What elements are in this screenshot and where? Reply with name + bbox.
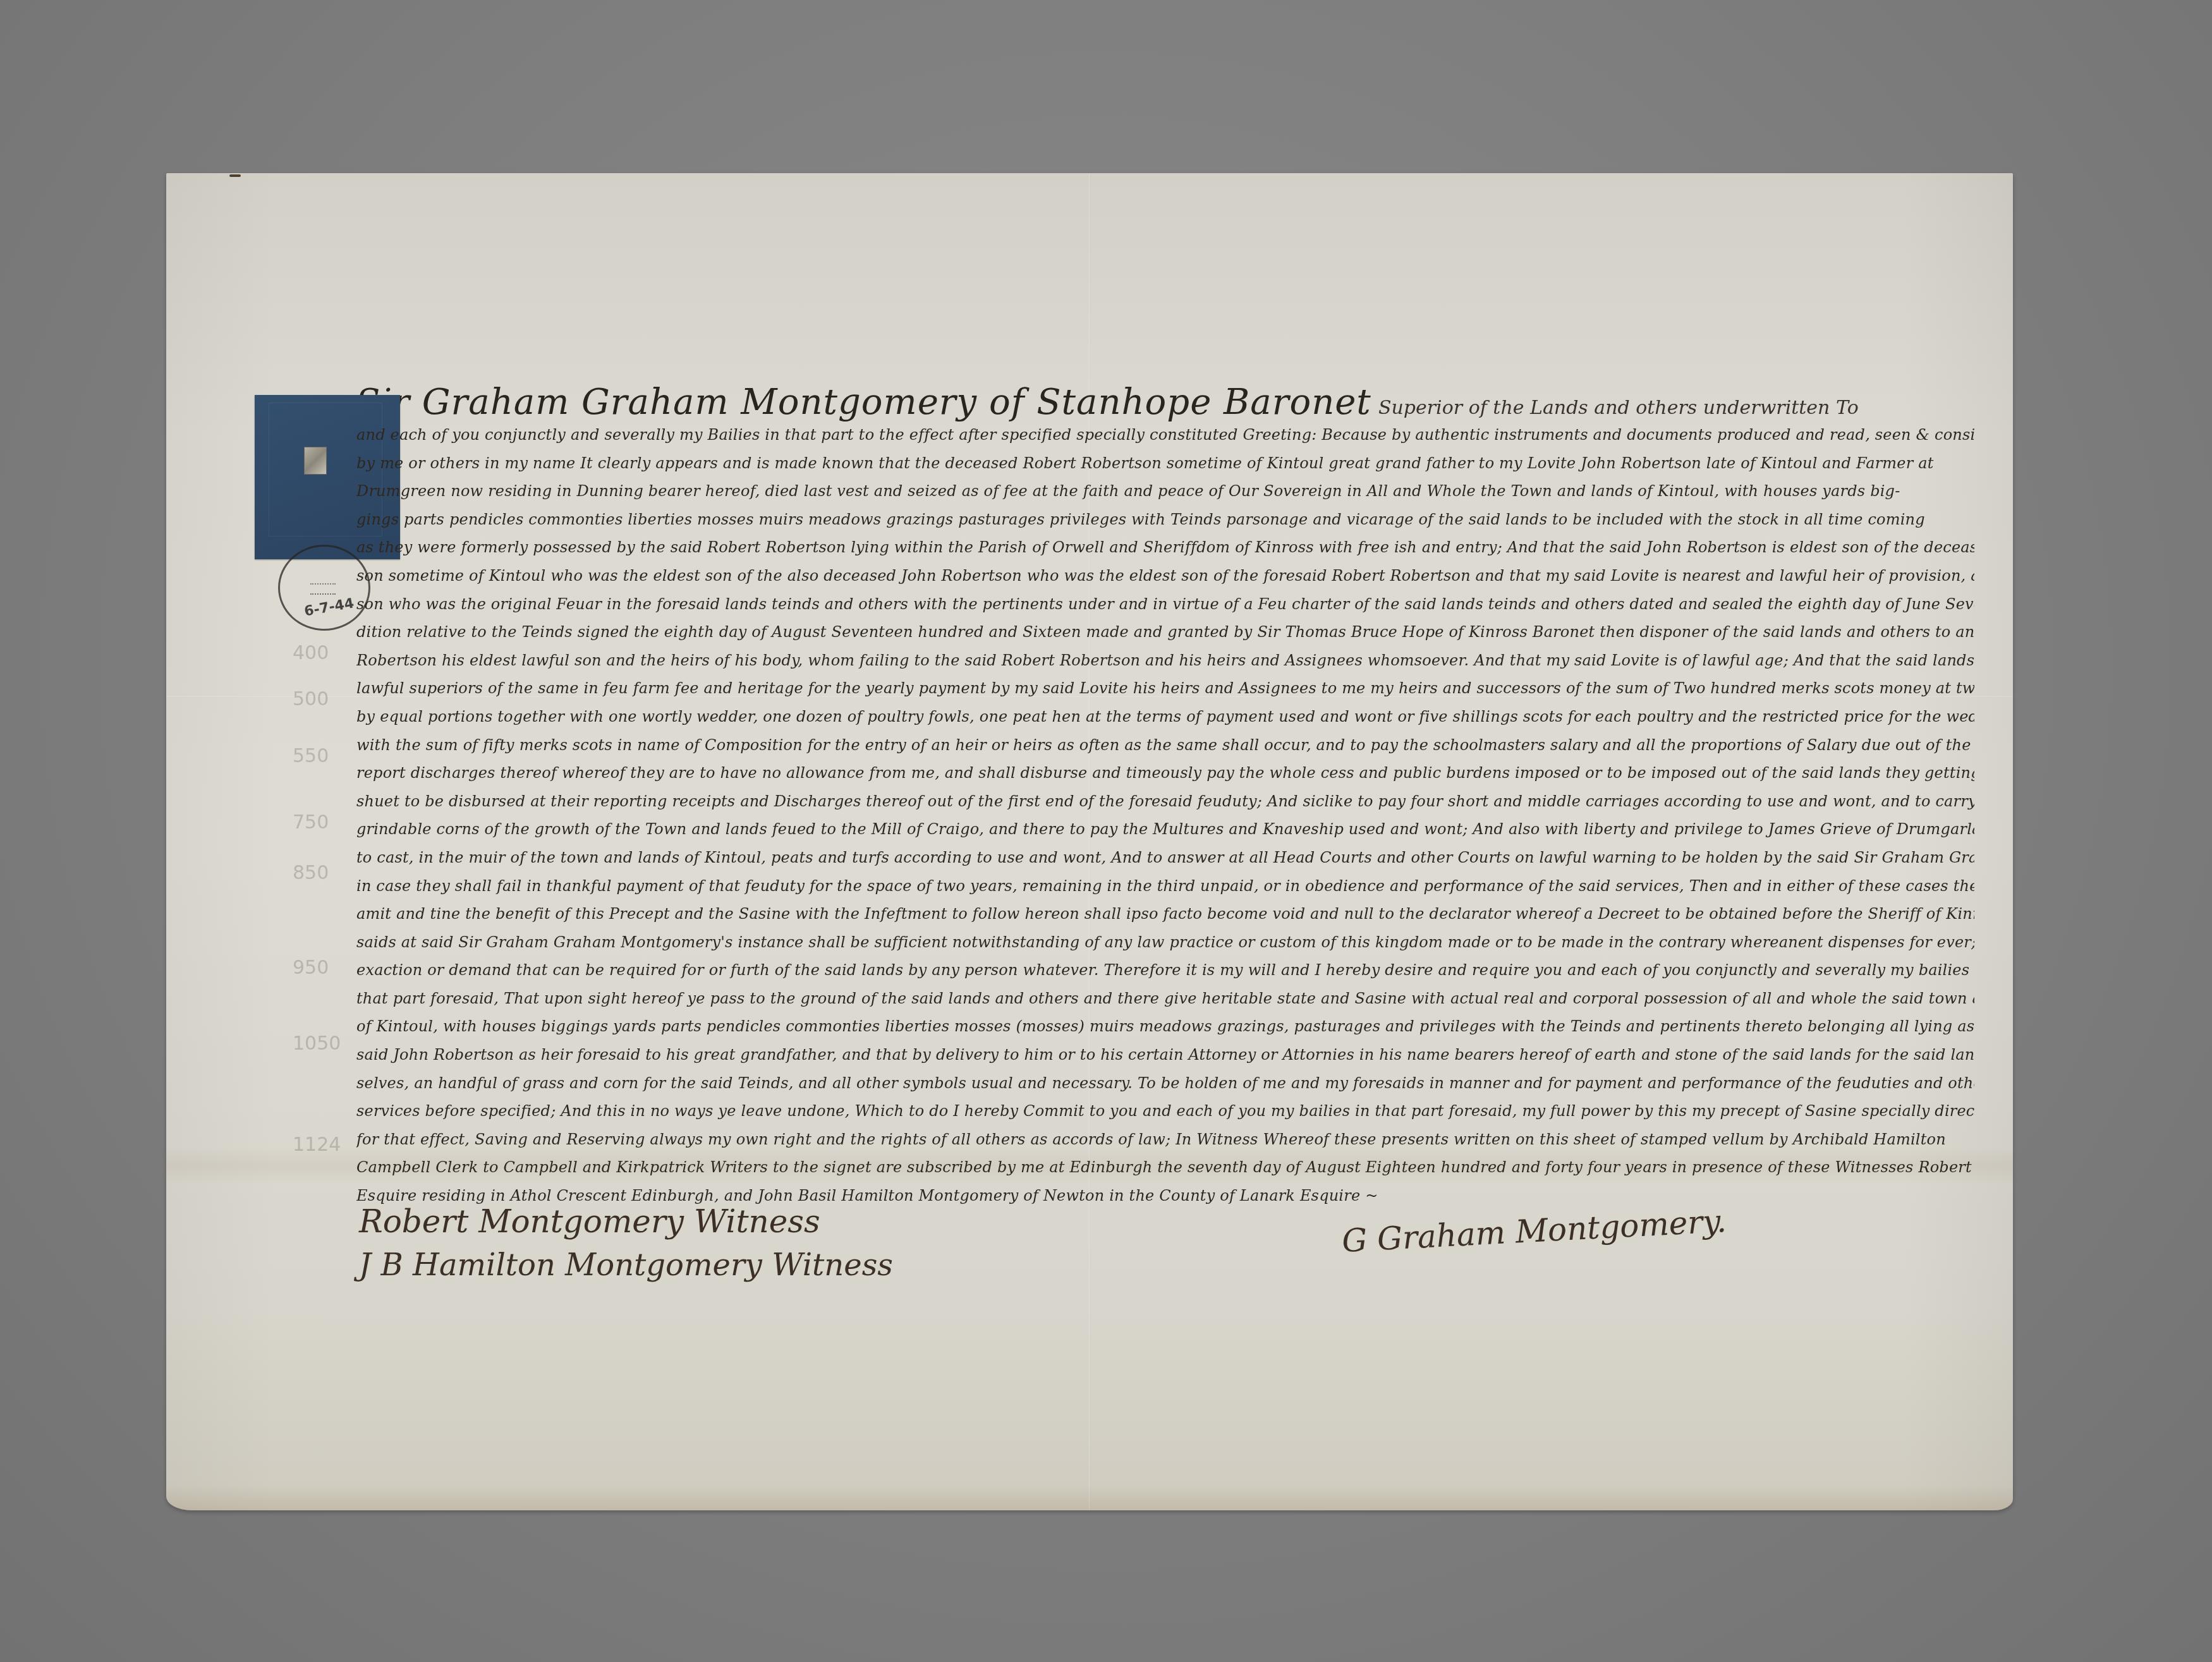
- body-line: lawful superiors of the same in feu farm…: [356, 674, 1974, 703]
- witness-signature-jb-hamilton-montgomery: J B Hamilton Montgomery Witness: [359, 1247, 893, 1283]
- margin-number: 950: [293, 957, 329, 979]
- body-line: son sometime of Kintoul who was the elde…: [356, 562, 1974, 590]
- body-line: report discharges thereof whereof they a…: [356, 759, 1974, 787]
- body-line: saids at said Sir Graham Graham Montgome…: [356, 928, 1974, 957]
- margin-number: 850: [293, 862, 329, 884]
- crown-icon: [310, 583, 336, 595]
- body-line: in case they shall fail in thankful paym…: [356, 872, 1974, 901]
- body-line: selves, an handful of grass and corn for…: [356, 1069, 1974, 1098]
- document-body: and each of you conjunctly and severally…: [356, 421, 1974, 1210]
- body-line: amit and tine the benefit of this Precep…: [356, 900, 1974, 928]
- body-line: gings parts pendicles commonties liberti…: [356, 506, 1974, 534]
- margin-number: 1124: [293, 1134, 341, 1156]
- body-line: by me or others in my name It clearly ap…: [356, 449, 1974, 478]
- body-line: Drumgreen now residing in Dunning bearer…: [356, 477, 1974, 506]
- body-line: dition relative to the Teinds signed the…: [356, 618, 1974, 646]
- grantor-title: Sir Graham Graham Montgomery of Stanhope…: [356, 382, 1371, 423]
- body-line: son who was the original Feuar in the fo…: [356, 590, 1974, 619]
- margin-number: 400: [293, 642, 329, 664]
- margin-number: 750: [293, 811, 329, 834]
- postmark-date: 6-7-44: [303, 595, 355, 619]
- body-line: grindable corns of the growth of the Tow…: [356, 815, 1974, 844]
- body-line: for that effect, Saving and Reserving al…: [356, 1125, 1974, 1154]
- body-line: to cast, in the muir of the town and lan…: [356, 844, 1974, 872]
- stamp-foil-seal-icon: [304, 447, 327, 475]
- heading-continuation: Superior of the Lands and others underwr…: [1378, 397, 1859, 419]
- body-line: services before specified; And this in n…: [356, 1097, 1974, 1125]
- body-line: with the sum of fifty merks scots in nam…: [356, 731, 1974, 760]
- body-line: Robertson his eldest lawful son and the …: [356, 646, 1974, 675]
- body-line: shuet to be disbursed at their reporting…: [356, 787, 1974, 816]
- body-line: as they were formerly possessed by the s…: [356, 533, 1974, 562]
- bottom-edge-discoloration: [166, 1485, 2013, 1510]
- margin-number: 500: [293, 688, 329, 710]
- body-line: exaction or demand that can be required …: [356, 956, 1974, 985]
- body-line: that part foresaid, That upon sight here…: [356, 985, 1974, 1013]
- document-sheet: Sir Graham Graham Montgomery of Stanhope…: [166, 173, 2013, 1510]
- body-line: Campbell Clerk to Campbell and Kirkpatri…: [356, 1153, 1974, 1182]
- witness-signature-robert-montgomery: Robert Montgomery Witness: [359, 1203, 820, 1240]
- grantor-signature-graham-montgomery: G Graham Montgomery.: [1341, 1203, 1727, 1259]
- body-line: said John Robertson as heir foresaid to …: [356, 1041, 1974, 1069]
- body-line: and each of you conjunctly and severally…: [356, 421, 1974, 449]
- corner-ink-mark: [229, 174, 241, 177]
- margin-number: 550: [293, 745, 329, 767]
- body-line: by equal portions together with one wort…: [356, 703, 1974, 731]
- body-line: of Kintoul, with houses biggings yards p…: [356, 1012, 1974, 1041]
- margin-number: 1050: [293, 1033, 341, 1055]
- document-heading: Sir Graham Graham Montgomery of Stanhope…: [356, 382, 1859, 423]
